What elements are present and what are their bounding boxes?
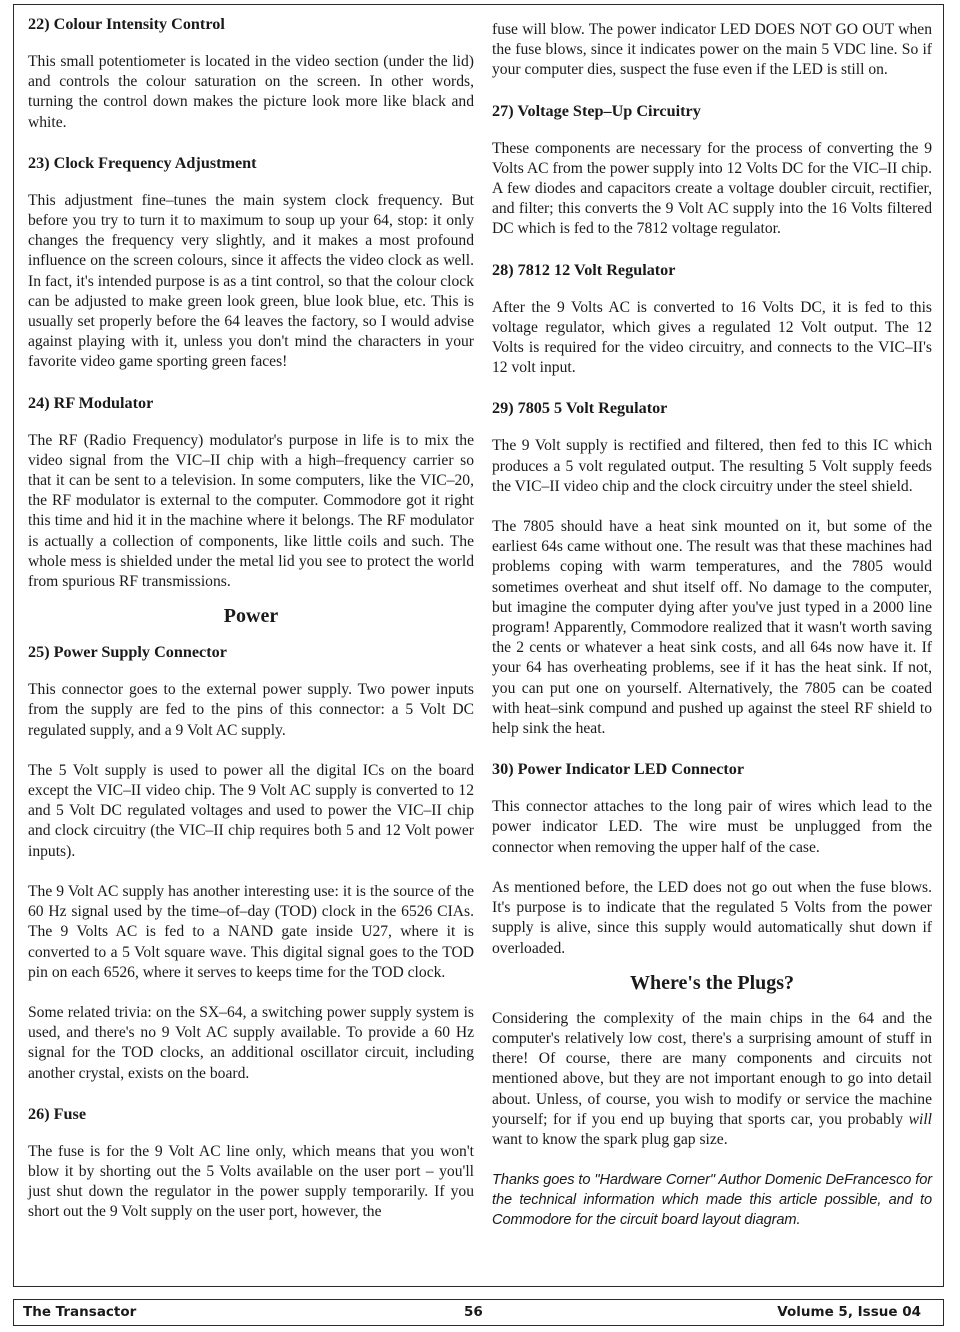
page-number: 56	[464, 1304, 483, 1320]
paragraph: This connector attaches to the long pair…	[492, 797, 932, 858]
paragraph-conclusion: Considering the complexity of the main c…	[492, 1009, 932, 1150]
publication-name: The Transactor	[23, 1304, 136, 1320]
heading-fuse: 26) Fuse	[28, 1104, 474, 1124]
paragraph: As mentioned before, the LED does not go…	[492, 878, 932, 959]
credits-note: Thanks goes to "Hardware Corner" Author …	[492, 1170, 932, 1230]
heading-7805-regulator: 29) 7805 5 Volt Regulator	[492, 398, 932, 418]
section-title-power: Power	[28, 604, 474, 628]
issue-label: Volume 5, Issue 04	[777, 1304, 921, 1320]
paragraph: The fuse is for the 9 Volt AC line only,…	[28, 1142, 474, 1223]
paragraph: Some related trivia: on the SX–64, a swi…	[28, 1003, 474, 1084]
heading-voltage-step-up: 27) Voltage Step–Up Circuitry	[492, 101, 932, 121]
left-column: 22) Colour Intensity Control This small …	[28, 14, 474, 1243]
paragraph: This adjustment fine–tunes the main syst…	[28, 191, 474, 373]
heading-7812-regulator: 28) 7812 12 Volt Regulator	[492, 260, 932, 280]
text: want to know the spark plug gap size.	[492, 1131, 728, 1148]
paragraph-fuse-continued: fuse will blow. The power indicator LED …	[492, 20, 932, 81]
paragraph: The 5 Volt supply is used to power all t…	[28, 761, 474, 862]
paragraph: The 7805 should have a heat sink mounted…	[492, 517, 932, 739]
paragraph: This connector goes to the external powe…	[28, 680, 474, 741]
section-title-wheres-the-plugs: Where's the Plugs?	[492, 971, 932, 995]
heading-clock-frequency-adjustment: 23) Clock Frequency Adjustment	[28, 153, 474, 173]
heading-rf-modulator: 24) RF Modulator	[28, 393, 474, 413]
heading-colour-intensity-control: 22) Colour Intensity Control	[28, 14, 474, 34]
heading-power-supply-connector: 25) Power Supply Connector	[28, 642, 474, 662]
text: Considering the complexity of the main c…	[492, 1010, 932, 1128]
emphasis-will: will	[909, 1111, 932, 1128]
heading-power-led-connector: 30) Power Indicator LED Connector	[492, 759, 932, 779]
paragraph: The 9 Volt supply is rectified and filte…	[492, 436, 932, 497]
paragraph: The 9 Volt AC supply has another interes…	[28, 882, 474, 983]
paragraph: This small potentiometer is located in t…	[28, 52, 474, 133]
paragraph: These components are necessary for the p…	[492, 139, 932, 240]
paragraph: After the 9 Volts AC is converted to 16 …	[492, 298, 932, 379]
right-column: fuse will blow. The power indicator LED …	[492, 20, 932, 1250]
paragraph: The RF (Radio Frequency) modulator's pur…	[28, 431, 474, 593]
page-footer: The Transactor 56 Volume 5, Issue 04	[13, 1299, 944, 1326]
